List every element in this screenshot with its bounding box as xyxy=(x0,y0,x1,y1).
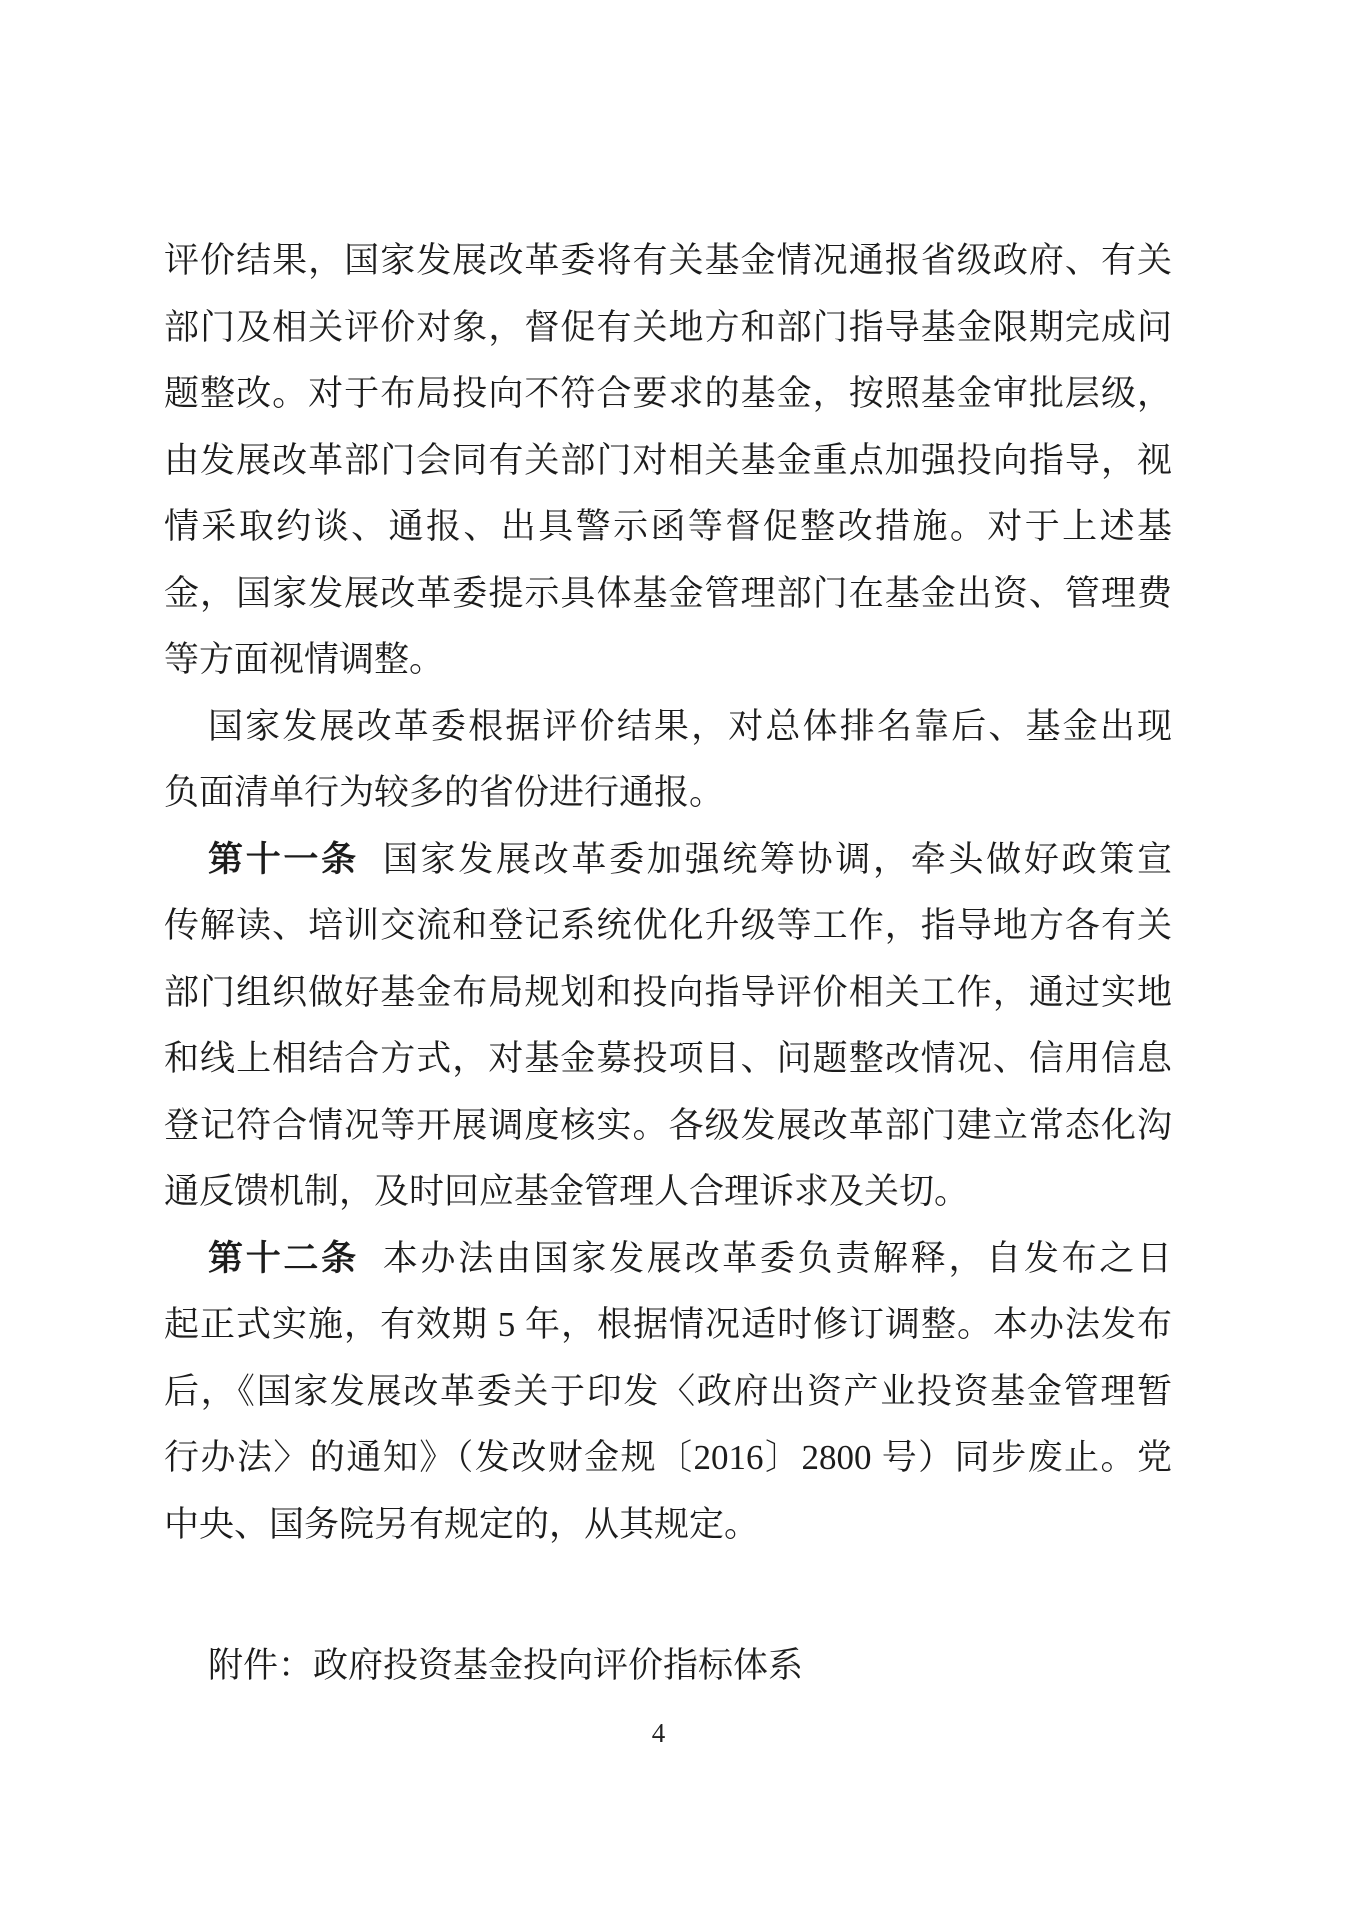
line-text: 等方面视情调整。 xyxy=(164,640,444,679)
line-text: 起正式实施，有效期 5 年，根据情况适时修订调整。本办法发布 xyxy=(164,1305,1172,1344)
line-text: 中央、国务院另有规定的，从其规定。 xyxy=(164,1505,759,1544)
document-line: 传解读、培训交流和登记系统优化升级等工作，指导地方各有关 xyxy=(164,893,1172,960)
document-line: 情采取约谈、通报、出具警示函等督促整改措施。对于上述基 xyxy=(164,494,1172,561)
article-number: 第十一条 xyxy=(208,840,359,879)
document-line: 第十二条本办法由国家发展改革委负责解释，自发布之日 xyxy=(164,1226,1172,1293)
line-text: 本办法由国家发展改革委负责解释，自发布之日 xyxy=(383,1239,1172,1278)
line-text: 由发展改革部门会同有关部门对相关基金重点加强投向指导，视 xyxy=(164,441,1172,480)
line-text: 附件：政府投资基金投向评价指标体系 xyxy=(208,1646,803,1685)
document-line: 后，《国家发展改革委关于印发〈政府出资产业投资基金管理暂 xyxy=(164,1359,1172,1426)
line-text: 国家发展改革委加强统筹协调，牵头做好政策宣 xyxy=(383,840,1172,879)
document-line: 部门及相关评价对象，督促有关地方和部门指导基金限期完成问 xyxy=(164,295,1172,362)
line-text: 行办法〉的通知》（发改财金规〔2016〕2800 号）同步废止。党 xyxy=(164,1438,1172,1477)
page-number: 4 xyxy=(0,1718,1317,1749)
document-line: 国家发展改革委根据评价结果，对总体排名靠后、基金出现 xyxy=(164,694,1172,761)
document-line: 通反馈机制，及时回应基金管理人合理诉求及关切。 xyxy=(164,1159,1172,1226)
blank-line xyxy=(164,1558,1172,1625)
line-text: 情采取约谈、通报、出具警示函等督促整改措施。对于上述基 xyxy=(164,507,1172,546)
document-line: 题整改。对于布局投向不符合要求的基金，按照基金审批层级， xyxy=(164,361,1172,428)
document-line: 由发展改革部门会同有关部门对相关基金重点加强投向指导，视 xyxy=(164,428,1172,495)
document-line: 登记符合情况等开展调度核实。各级发展改革部门建立常态化沟 xyxy=(164,1093,1172,1160)
document-line: 评价结果，国家发展改革委将有关基金情况通报省级政府、有关 xyxy=(164,228,1172,295)
document-line: 等方面视情调整。 xyxy=(164,627,1172,694)
line-text: 传解读、培训交流和登记系统优化升级等工作，指导地方各有关 xyxy=(164,906,1172,945)
document-line: 中央、国务院另有规定的，从其规定。 xyxy=(164,1492,1172,1559)
document-body: 评价结果，国家发展改革委将有关基金情况通报省级政府、有关部门及相关评价对象，督促… xyxy=(164,228,1172,1699)
document-line: 行办法〉的通知》（发改财金规〔2016〕2800 号）同步废止。党 xyxy=(164,1425,1172,1492)
document-line: 部门组织做好基金布局规划和投向指导评价相关工作，通过实地 xyxy=(164,960,1172,1027)
line-text: 金，国家发展改革委提示具体基金管理部门在基金出资、管理费 xyxy=(164,574,1172,613)
line-text: 登记符合情况等开展调度核实。各级发展改革部门建立常态化沟 xyxy=(164,1106,1172,1145)
line-text: 后，《国家发展改革委关于印发〈政府出资产业投资基金管理暂 xyxy=(164,1372,1172,1411)
document-page: 评价结果，国家发展改革委将有关基金情况通报省级政府、有关部门及相关评价对象，督促… xyxy=(0,0,1357,1920)
line-text: 题整改。对于布局投向不符合要求的基金，按照基金审批层级， xyxy=(164,374,1172,413)
document-line: 金，国家发展改革委提示具体基金管理部门在基金出资、管理费 xyxy=(164,561,1172,628)
article-number: 第十二条 xyxy=(208,1239,359,1278)
document-line: 和线上相结合方式，对基金募投项目、问题整改情况、信用信息 xyxy=(164,1026,1172,1093)
line-text: 负面清单行为较多的省份进行通报。 xyxy=(164,773,724,812)
line-text: 和线上相结合方式，对基金募投项目、问题整改情况、信用信息 xyxy=(164,1039,1172,1078)
document-line: 起正式实施，有效期 5 年，根据情况适时修订调整。本办法发布 xyxy=(164,1292,1172,1359)
line-text: 部门及相关评价对象，督促有关地方和部门指导基金限期完成问 xyxy=(164,308,1172,347)
line-text: 评价结果，国家发展改革委将有关基金情况通报省级政府、有关 xyxy=(164,241,1172,280)
document-line: 负面清单行为较多的省份进行通报。 xyxy=(164,760,1172,827)
document-line: 附件：政府投资基金投向评价指标体系 xyxy=(164,1633,1172,1700)
line-text: 通反馈机制，及时回应基金管理人合理诉求及关切。 xyxy=(164,1172,969,1211)
line-text: 部门组织做好基金布局规划和投向指导评价相关工作，通过实地 xyxy=(164,973,1172,1012)
document-line: 第十一条国家发展改革委加强统筹协调，牵头做好政策宣 xyxy=(164,827,1172,894)
line-text: 国家发展改革委根据评价结果，对总体排名靠后、基金出现 xyxy=(208,707,1172,746)
